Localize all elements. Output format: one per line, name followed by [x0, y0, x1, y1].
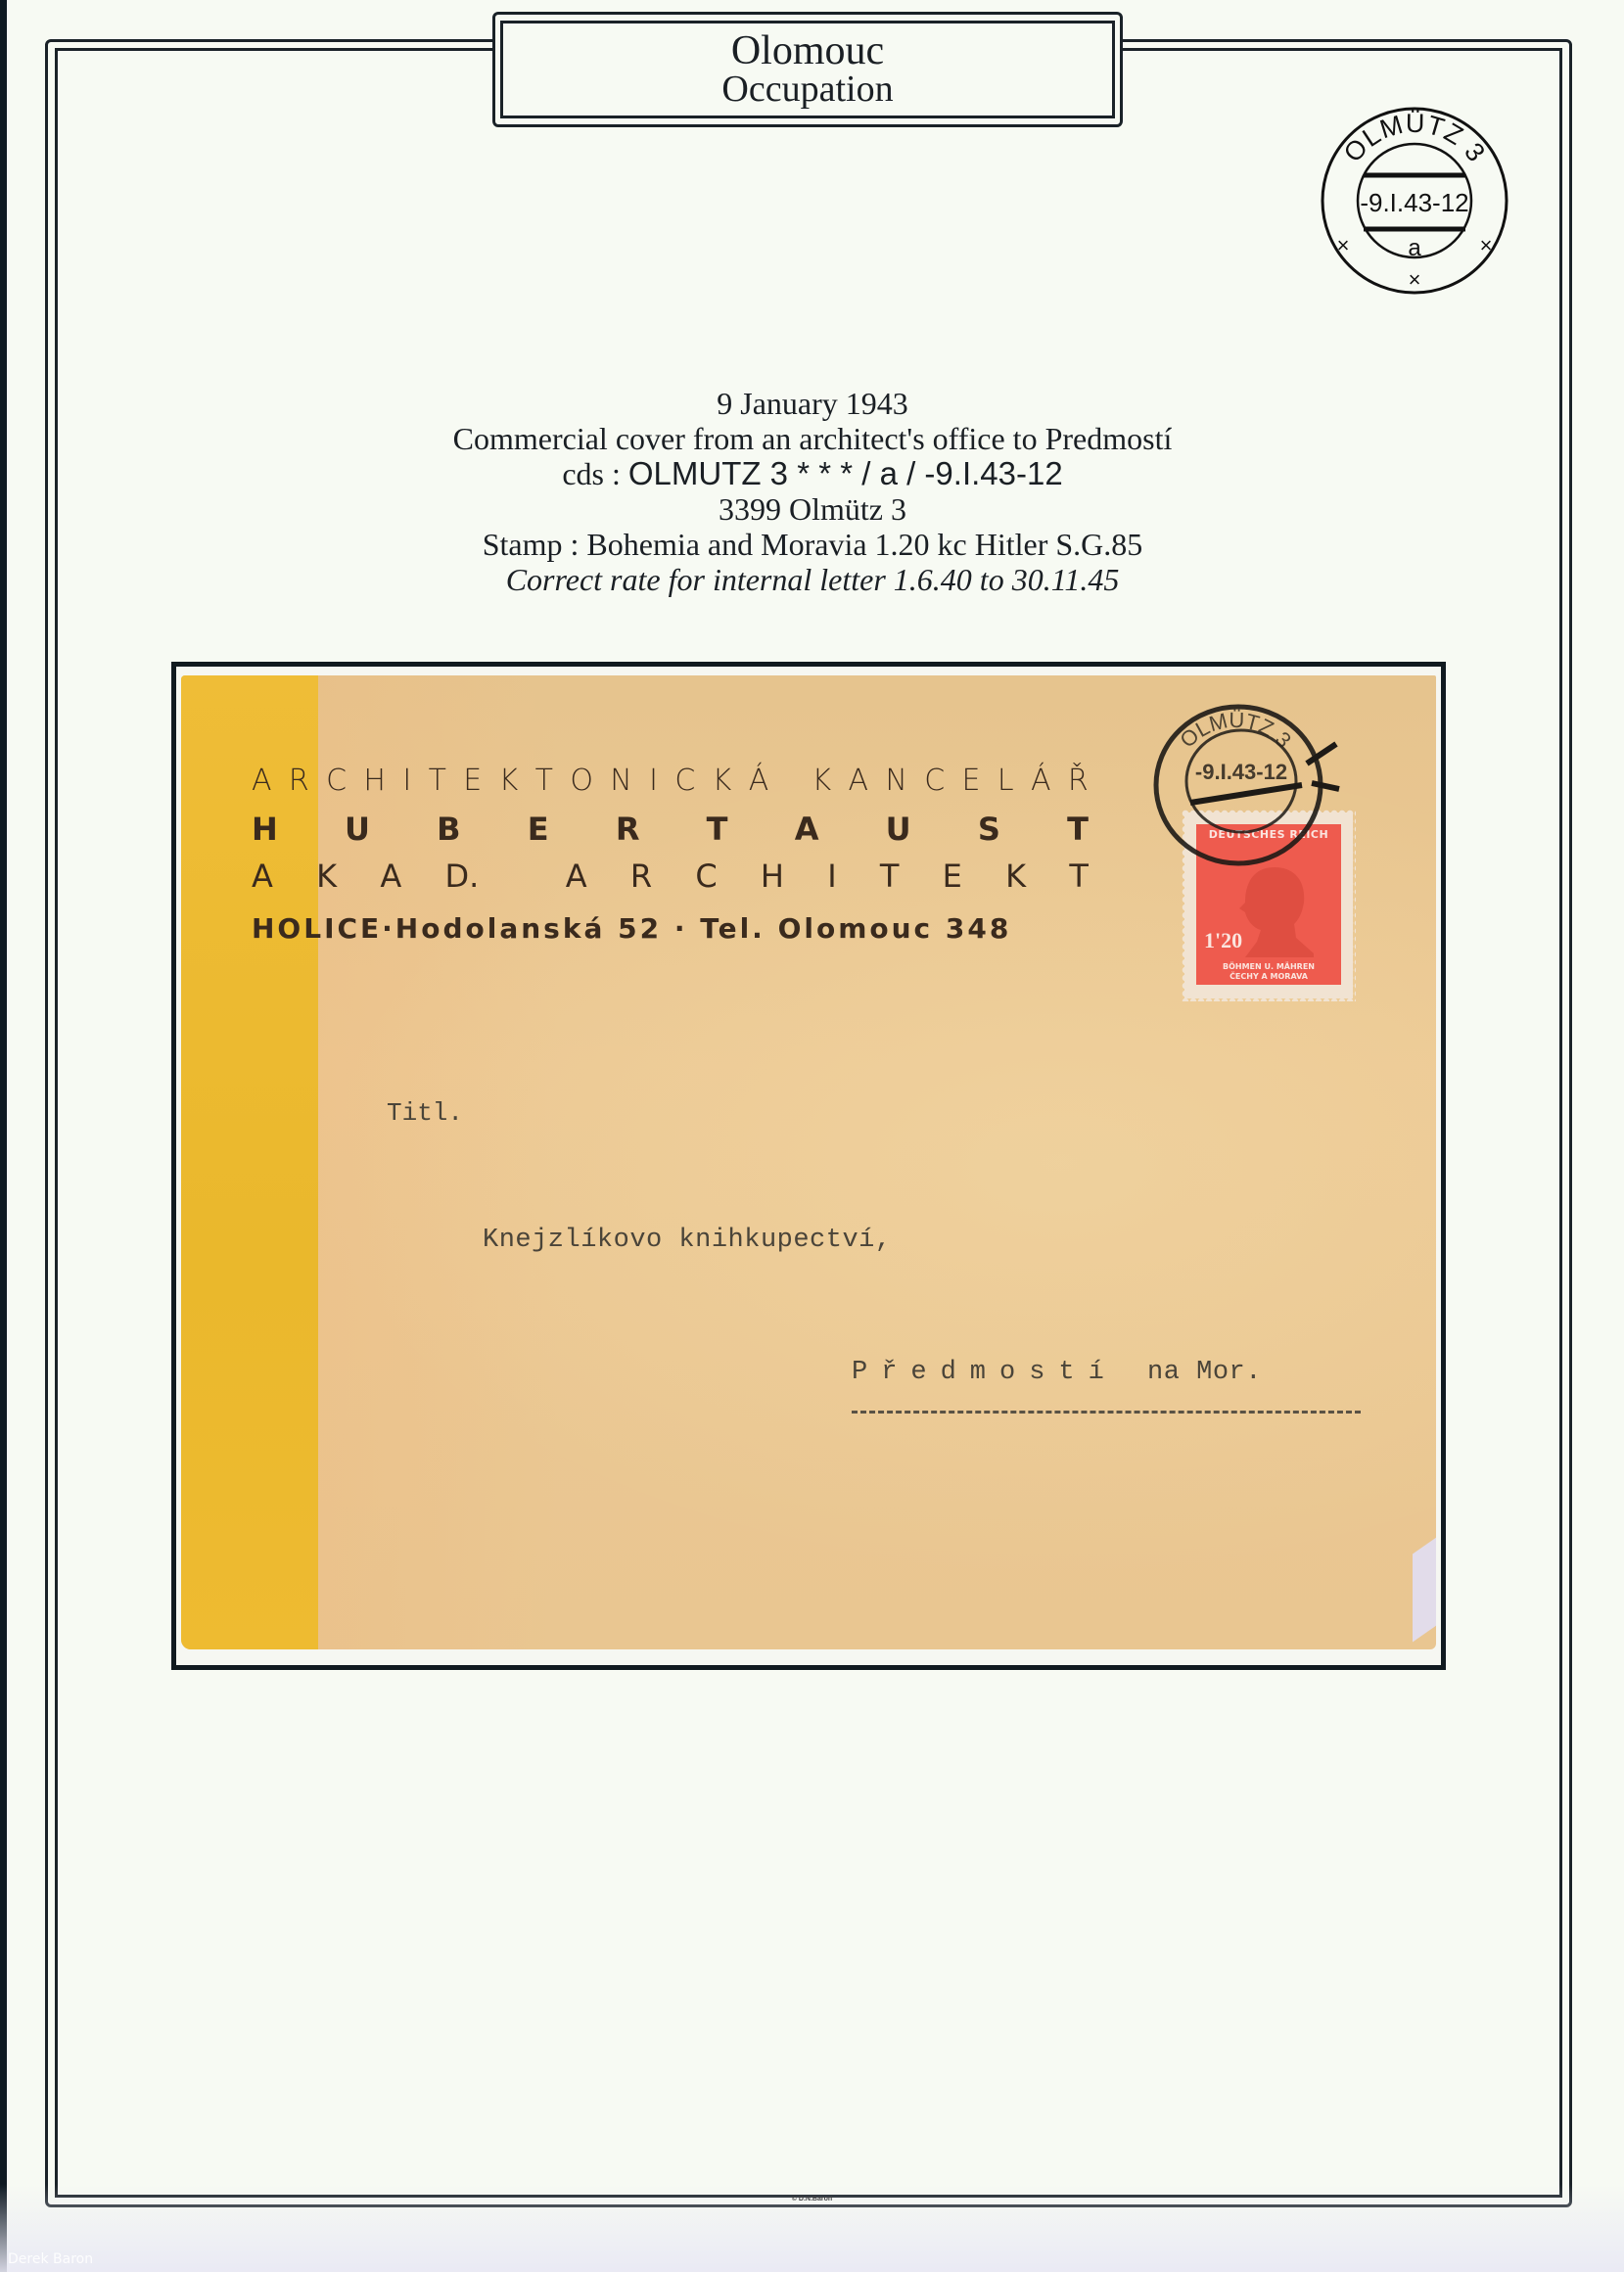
svg-text:×: ×: [1409, 267, 1421, 292]
letterhead-address: HOLICE·Hodolanská 52 · Tel. Olomouc 348: [252, 912, 1011, 945]
page-title: Olomouc: [503, 29, 1112, 72]
postmark-cds-icon: OLMÜTZ 3 -9.I.43-12 a × × ×: [1317, 103, 1512, 299]
svg-text:×: ×: [1337, 233, 1350, 257]
stamp-value: 1'20: [1204, 928, 1242, 953]
letterhead-line-3: AKAD.ARCHITEKT: [252, 858, 1089, 895]
postmark-town: OLMÜTZ 3: [1338, 109, 1492, 168]
rate-note: Correct rate for internal letter 1.6.40 …: [294, 562, 1331, 597]
letterhead-line-1: ARCHITEKTONICKÁ KANCELÁŘ: [252, 764, 1089, 798]
cover-description: 9 January 1943 Commercial cover from an …: [294, 386, 1331, 597]
envelope-postmark-icon: OLMÜTZ 3 -9.I.43-12: [1136, 695, 1341, 891]
address-city: Předmostí na Mor.: [852, 1358, 1262, 1387]
svg-text:OLMÜTZ 3: OLMÜTZ 3: [1338, 109, 1492, 168]
address-salutation: Titl.: [387, 1098, 463, 1128]
envelope-flap-corner: [1413, 1533, 1436, 1642]
svg-text:×: ×: [1480, 233, 1493, 257]
cover-summary: Commercial cover from an architect's off…: [294, 421, 1331, 456]
title-box-inner: Olomouc Occupation: [500, 21, 1115, 118]
cds-line: cds : OLMUTZ 3 * * * / a / -9.I.43-12: [294, 456, 1331, 491]
letterhead-line-2: HUBERTAUST: [252, 811, 1089, 848]
watermark: Derek Baron: [8, 2251, 93, 2267]
stamp-description: Stamp : Bohemia and Moravia 1.20 kc Hitl…: [294, 527, 1331, 562]
stamp-bottom-text: BÖHMEN U. MÄHREN ČECHY A MORAVA: [1196, 962, 1341, 982]
cds-value: OLMUTZ 3 * * * / a / -9.I.43-12: [628, 455, 1063, 491]
address-recipient: Knejzlíkovo knihkupectví,: [483, 1226, 892, 1255]
address-underline: [852, 1411, 1361, 1414]
page-subtitle: Occupation: [503, 69, 1112, 110]
envelope-postmark-date: -9.I.43-12: [1195, 760, 1287, 784]
postmark-date: -9.I.43-12: [1360, 188, 1468, 217]
cover-date: 9 January 1943: [294, 386, 1331, 421]
postmark-letter: a: [1408, 235, 1421, 261]
catalogue-number: 3399 Olmütz 3: [294, 491, 1331, 527]
scan-edge: [0, 0, 7, 2272]
